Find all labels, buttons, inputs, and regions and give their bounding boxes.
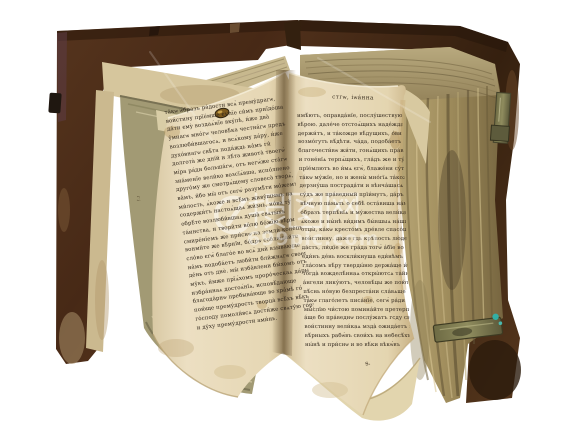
right-page-line: мы́слїю чи́стою помина́йте претерпѣ́вших…: [304, 305, 409, 314]
watermark-url-text: 699pic.com: [247, 228, 379, 250]
right-page-line: прїе́млютъ во и́мѧ єгѡ̀, блаже́ни су́ть: [299, 165, 404, 174]
right-page-line: благочести́вѡ жи́ти, гонѧ́щихъ пра́вду: [298, 147, 403, 156]
right-page-line: су́дъ же пра́ведный прїи́мутъ, да́ръ и: [300, 191, 405, 200]
right-page-line: а́ще бо пра́веднѡ послу́жатъ гсду свое́м…: [304, 314, 409, 323]
right-page-line: ѧ́коже и ны́нѣ ви́димъ бы́вшыѧ на́ши: [301, 217, 406, 226]
right-page-line: гла́сомъ вѣ́ру тверды́ню держа́ще и́бо: [302, 261, 407, 270]
right-page-line: та́кѡ глаго́летъ писа́нїе, сегѡ̀ ра́ди: [303, 297, 408, 306]
right-page-line: и гоне́нїѧ терпѧ́щихъ, гла́дъ же и ту́гу: [299, 156, 404, 165]
right-page-line: вѣ́рою. дале́че отстоѧ́щихъ наде́жда: [297, 121, 402, 130]
right-page-line: та́кѡ му́жїе, но и жены̀ мно́гїѧ та́кожд…: [299, 174, 404, 183]
right-page-line: ны́нѣ и при́снѡ и во вѣ́ки вѣкѡ́въ: [305, 341, 410, 350]
right-page-line: вѣ́чную па́мѧть о себѣ̀ оста́виша на́мъ: [300, 200, 405, 209]
right-page-line: имѣ́ютъ, оправда́нїе, послу́шествуютъ: [297, 112, 402, 121]
right-page-line: вѣ́рныхъ рабѡ́въ свои́хъ на небесѣ́хъ: [305, 332, 410, 341]
photo-antique-open-book: та́кѡ ѡ́бразъ ра́дости всѧ̀ прему́драгѡ,…: [0, 0, 562, 428]
margin-note: гі: [135, 196, 140, 202]
right-page-line: вои́стинну вели́каѧ мзда̀ ожида́етъ и́хъ: [304, 323, 409, 332]
right-page-line: пѣ́снь но́вую безпреста́ни сла́вѧще: [303, 288, 408, 297]
right-page-line: о́бразъ терпѣ́нїѧ и му́жества вели́кагѡ: [300, 209, 405, 218]
clasp-catch-left: [48, 93, 61, 114]
right-page-line: держи́тъ, и та́кожде вѣ́дущихъ, о́ви же: [298, 130, 403, 139]
right-page-line: тогда̀ вожделѣ́ннаѧ откры́ютсѧ та́йны: [303, 270, 408, 279]
right-page-line: еди́нъ де́нь воскли́кнуша еди́нѣмъ: [302, 253, 407, 262]
right-page-line: возмо́гутъ вѣ́дѣти. ча́да, подоба́етъ: [298, 138, 403, 147]
right-page-line: дерзну́ша пострада́ти и вѣнча́шасѧ всѝ: [299, 182, 404, 191]
right-page-line: а́нгели лику́ютъ, человѣ́цы же пою́тъ: [303, 279, 408, 288]
